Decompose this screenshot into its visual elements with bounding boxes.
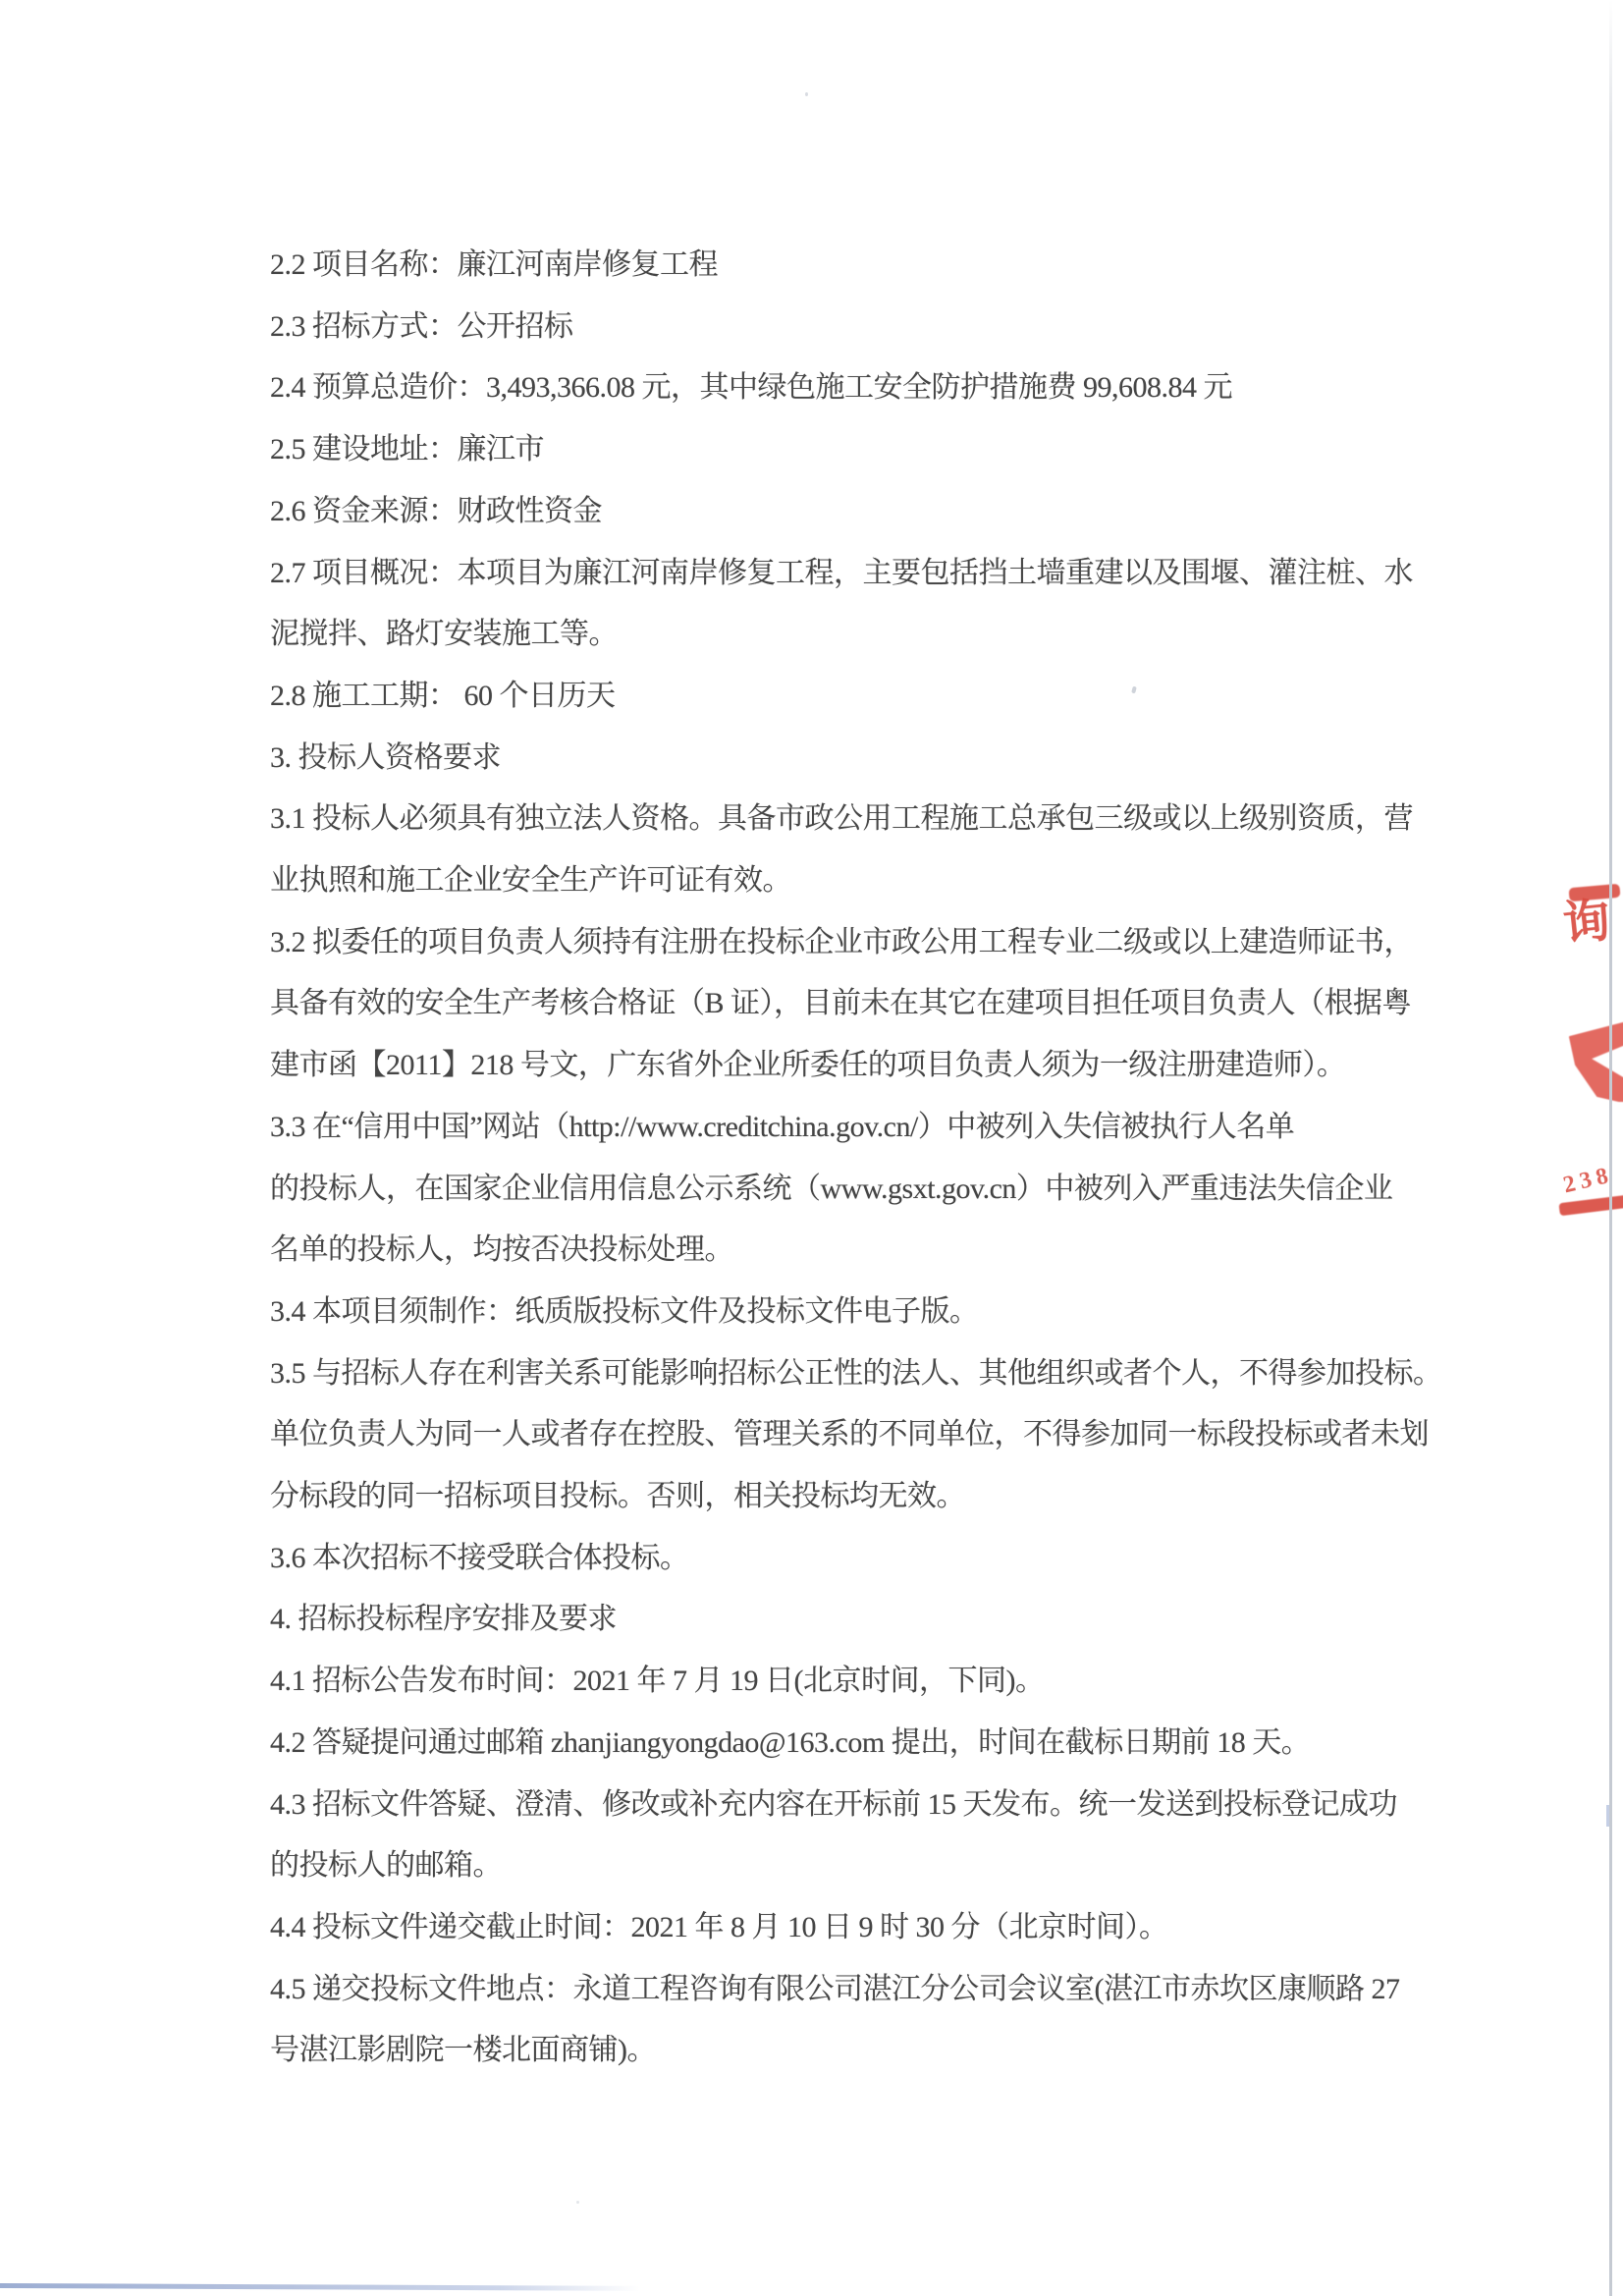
scan-speck (805, 92, 808, 96)
text-line: 3.3 在“信用中国”网站（http://www.creditchina.gov… (270, 1097, 1399, 1159)
text-line: 2.5 建设地址：廉江市 (270, 419, 1399, 481)
document-text-block: 2.2 项目名称：廉江河南岸修复工程2.3 招标方式：公开招标2.4 预算总造价… (270, 235, 1399, 2082)
text-line: 4.2 答疑提问通过邮箱 zhanjiangyongdao@163.com 提出… (270, 1713, 1399, 1775)
text-line: 分标段的同一招标项目投标。否则，相关投标均无效。 (270, 1466, 1399, 1528)
text-line: 的投标人，在国家企业信用信息公示系统（www.gsxt.gov.cn）中被列入严… (270, 1159, 1399, 1221)
text-line: 4.5 递交投标文件地点：永道工程咨询有限公司湛江分公司会议室(湛江市赤坎区康顺… (270, 1959, 1399, 2021)
scan-edge-line (1609, 0, 1612, 2296)
scanned-document-page: 2.2 项目名称：廉江河南岸修复工程2.3 招标方式：公开招标2.4 预算总造价… (0, 0, 1623, 2296)
text-line: 3.5 与招标人存在利害关系可能影响招标公正性的法人、其他组织或者个人，不得参加… (270, 1343, 1399, 1405)
text-line: 建市函【2011】218 号文，广东省外企业所委任的项目负责人须为一级注册建造师… (270, 1035, 1399, 1097)
stamp-character: 询 (1561, 898, 1613, 950)
text-line: 2.4 预算总造价：3,493,366.08 元，其中绿色施工安全防护措施费 9… (270, 357, 1399, 419)
text-line: 名单的投标人，均按否决投标处理。 (270, 1220, 1399, 1282)
stamp-star-fragment (1568, 1021, 1623, 1102)
text-line: 泥搅拌、路灯安装施工等。 (270, 604, 1399, 666)
text-line: 4.3 招标文件答疑、澄清、修改或补充内容在开标前 15 天发布。统一发送到投标… (270, 1775, 1399, 1836)
text-line: 的投标人的邮箱。 (270, 1835, 1399, 1897)
text-line: 3. 投标人资格要求 (270, 728, 1399, 790)
text-line: 具备有效的安全生产考核合格证（B 证），目前未在其它在建项目担任项目负责人（根据… (270, 973, 1399, 1035)
text-line: 3.6 本次招标不接受联合体投标。 (270, 1528, 1399, 1590)
text-line: 2.3 招标方式：公开招标 (270, 297, 1399, 358)
text-line: 业执照和施工企业安全生产许可证有效。 (270, 850, 1399, 912)
text-line: 4.1 招标公告发布时间：2021 年 7 月 19 日(北京时间，下同)。 (270, 1651, 1399, 1713)
text-line: 2.6 资金来源：财政性资金 (270, 481, 1399, 543)
text-line: 3.1 投标人必须具有独立法人资格。具备市政公用工程施工总承包三级或以上级别资质… (270, 789, 1399, 850)
scan-bottom-artifact-line (0, 2283, 640, 2291)
stamp-digits: 238 (1561, 1164, 1615, 1198)
text-line: 2.2 项目名称：廉江河南岸修复工程 (270, 235, 1399, 297)
text-line: 3.2 拟委任的项目负责人须持有注册在投标企业市政公用工程专业二级或以上建造师证… (270, 912, 1399, 974)
scan-edge-tick (1606, 1805, 1609, 1827)
text-line: 2.8 施工工期： 60 个日历天 (270, 666, 1399, 728)
text-line: 3.4 本项目须制作：纸质版投标文件及投标文件电子版。 (270, 1282, 1399, 1343)
scan-speck (576, 2201, 579, 2204)
text-line: 2.7 项目概况：本项目为廉江河南岸修复工程，主要包括挡土墙重建以及围堰、灌注桩… (270, 543, 1399, 605)
text-line: 单位负责人为同一人或者存在控股、管理关系的不同单位，不得参加同一标段投标或者未划 (270, 1404, 1399, 1466)
text-line: 号湛江影剧院一楼北面商铺)。 (270, 2020, 1399, 2082)
text-line: 4.4 投标文件递交截止时间：2021 年 8 月 10 日 9 时 30 分（… (270, 1897, 1399, 1959)
text-line: 4. 招标投标程序安排及要求 (270, 1589, 1399, 1651)
